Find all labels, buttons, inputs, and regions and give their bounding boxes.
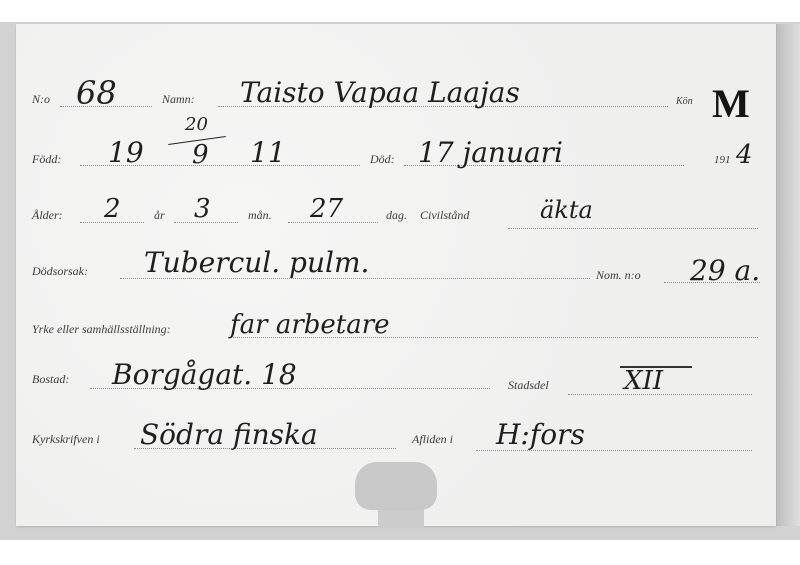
born-month: 9 bbox=[192, 140, 209, 170]
age-label: Ålder: bbox=[32, 208, 63, 223]
age-days-unit: dag. bbox=[386, 208, 407, 223]
civil-status-line bbox=[508, 228, 758, 229]
number-label: N:o bbox=[32, 92, 50, 107]
died-year-suffix: 4 bbox=[736, 140, 753, 170]
nom-no-value: 29 a. bbox=[690, 254, 760, 287]
name-label: Namn: bbox=[162, 92, 195, 107]
district-label: Stadsdel bbox=[508, 378, 549, 393]
born-year-prefix: 19 bbox=[108, 136, 144, 169]
residence-label: Bostad: bbox=[32, 372, 69, 387]
sex-label: Kön bbox=[676, 96, 693, 107]
number-value: 68 bbox=[76, 74, 117, 112]
born-year: 11 bbox=[250, 136, 286, 169]
age-years-unit: år bbox=[154, 208, 165, 223]
cause-of-death-value: Tubercul. pulm. bbox=[144, 246, 369, 279]
age-years: 2 bbox=[104, 194, 121, 224]
name-value: Taisto Vapaa Laajas bbox=[240, 76, 520, 109]
died-in-value: H:fors bbox=[496, 418, 585, 451]
died-date: 17 januari bbox=[418, 136, 563, 169]
civil-status-value: äkta bbox=[540, 196, 593, 224]
civil-status-label: Civilstånd bbox=[420, 208, 469, 223]
cause-of-death-label: Dödsorsak: bbox=[32, 264, 88, 279]
occupation-label: Yrke eller samhällsställning: bbox=[32, 322, 171, 337]
age-days: 27 bbox=[310, 194, 343, 224]
occupation-value: far arbetare bbox=[230, 310, 390, 340]
residence-value: Borgågat. 18 bbox=[112, 358, 297, 391]
parish-label: Kyrkskrifven i bbox=[32, 432, 100, 447]
district-value: XII bbox=[624, 366, 663, 396]
died-year-prefix: 191 bbox=[714, 154, 731, 166]
died-in-label: Afliden i bbox=[412, 432, 453, 447]
nom-no-label: Nom. n:o bbox=[596, 268, 641, 283]
born-label: Född: bbox=[32, 152, 61, 167]
died-label: Död: bbox=[370, 152, 395, 167]
age-months-unit: mån. bbox=[248, 208, 272, 223]
born-day: 20 bbox=[185, 114, 208, 135]
age-months: 3 bbox=[194, 194, 211, 224]
card-filing-notch bbox=[355, 462, 437, 510]
sex-value: M bbox=[712, 80, 750, 127]
card-edge-shadow bbox=[776, 24, 800, 526]
parish-value: Södra finska bbox=[140, 418, 318, 451]
